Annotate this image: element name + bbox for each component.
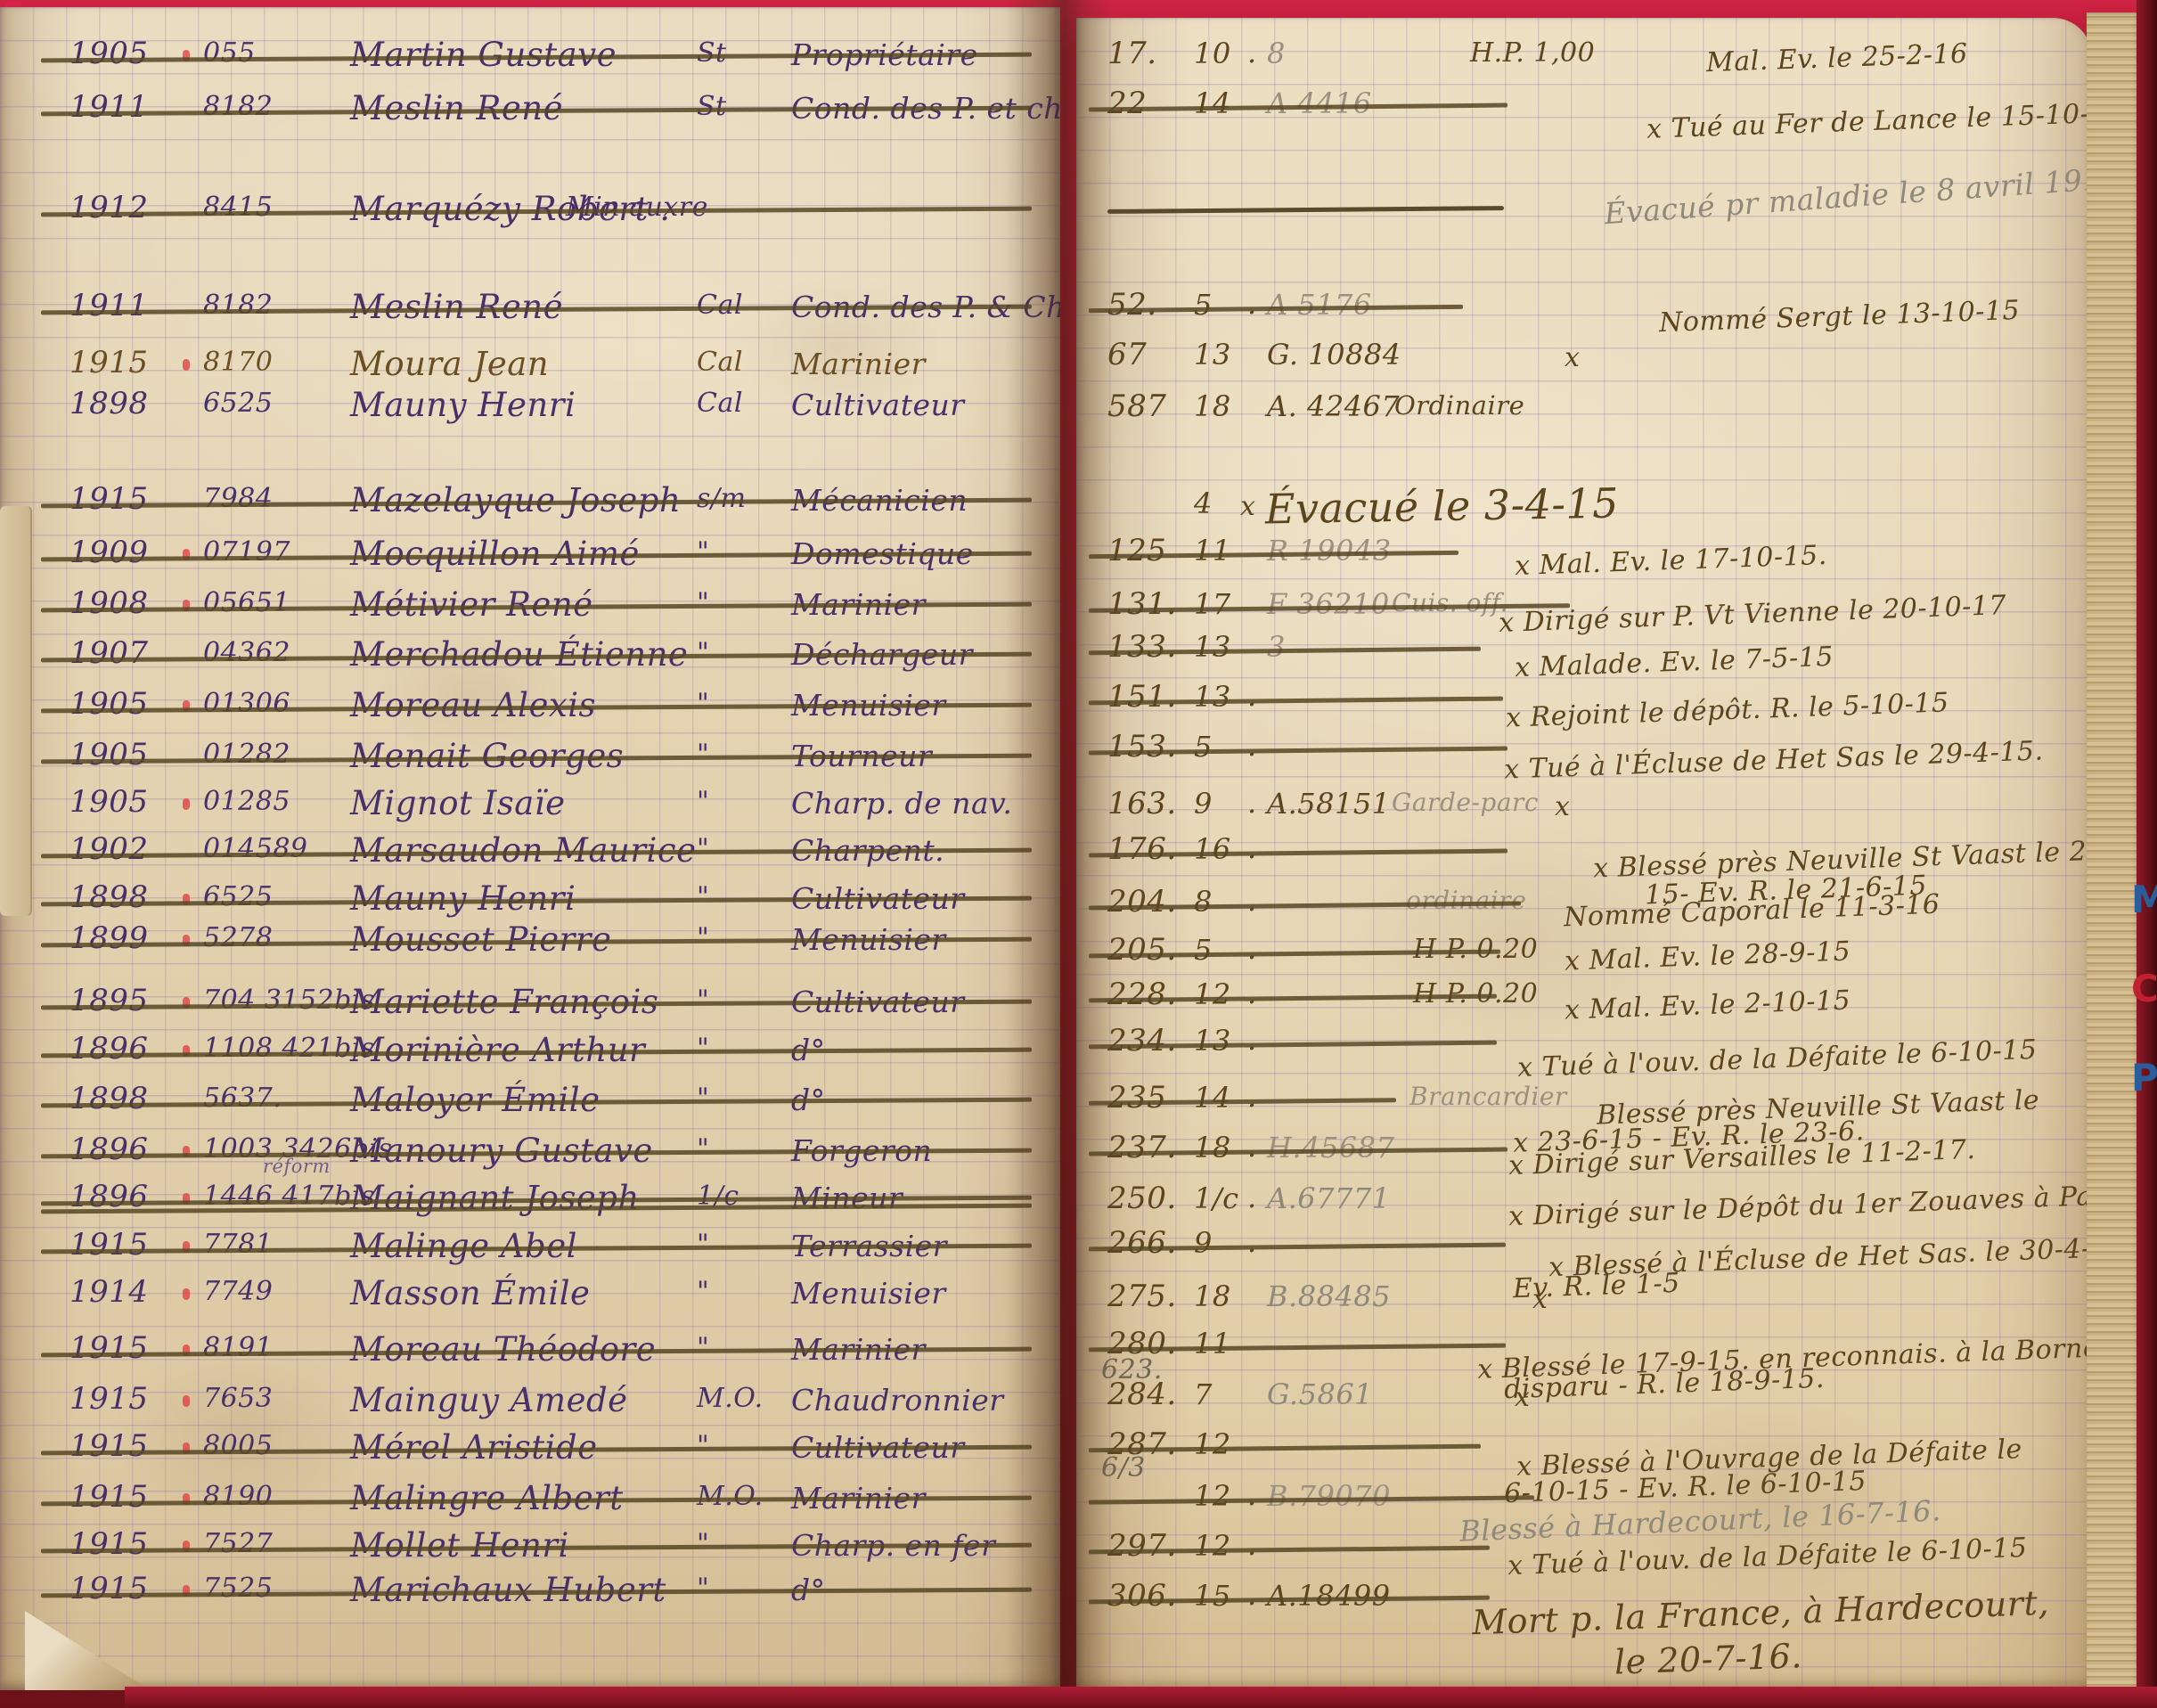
year-cell: 1907: [69, 635, 149, 671]
rank-cell: ": [697, 1430, 709, 1461]
register-row: 18961108 421bisMorinière Arthur"d°: [0, 1024, 1056, 1077]
name-cell: Mainguy Amedé: [350, 1381, 628, 1419]
dot-mark: .: [1247, 1130, 1257, 1164]
dot-mark: .: [1247, 36, 1257, 69]
matricule-cell: 6525: [203, 881, 273, 912]
register-row: 19118182Meslin RenéStCond. des P. et ch: [0, 82, 1056, 135]
rank-cell: M.O.: [697, 1481, 764, 1512]
annotation-evacuated: Évacué le 3-4-15: [1265, 479, 1620, 534]
register-row: 18995278Mousset Pierre"Menuisier: [0, 913, 1056, 967]
rank-cell: ": [697, 1033, 709, 1064]
rank-cell: ": [697, 587, 709, 618]
matricule-cell: 8191: [203, 1332, 273, 1363]
register-row: 19158005Mérel Aristide"Cultivateur: [0, 1421, 1056, 1475]
secondary-number-cell: 17: [1194, 587, 1231, 621]
entry-number-cell: 297.: [1107, 1528, 1177, 1564]
cover-spine-edge: [2137, 0, 2157, 1708]
rank-cell: ": [697, 881, 709, 912]
year-cell: 1915: [69, 1381, 149, 1417]
name-cell: Mignot Isaïe: [350, 784, 566, 822]
matricule-cell: 8190: [203, 1481, 273, 1512]
year-cell: 1915: [69, 1571, 149, 1606]
rank-cell: St: [697, 37, 727, 69]
entry-number-cell: 284.: [1107, 1377, 1177, 1412]
register-row: 190501306Moreau Alexis"Menuisier: [0, 679, 1056, 732]
register-row: 19157781Malinge Abel"Terrassier: [0, 1220, 1056, 1273]
year-cell: 1915: [69, 345, 149, 380]
matricule-cell: 014589: [203, 833, 308, 864]
register-row: 18961003 3426bisManoury Gustave"Forgeron: [0, 1124, 1056, 1178]
profession-cell: Marinier: [791, 347, 926, 381]
year-cell: 1905: [69, 784, 149, 820]
register-row: 1902014589Marsaudon Maurice"Charpent.: [0, 824, 1056, 878]
secondary-number-cell: 12: [1194, 977, 1231, 1011]
rank-cell: s/m: [697, 483, 746, 514]
pay-label: H.P. 1,00: [1470, 37, 1595, 69]
rank-cell: Cal: [697, 347, 743, 378]
dot-mark: .: [1247, 1578, 1257, 1612]
secondary-number-cell: 5: [1194, 730, 1213, 764]
secondary-number-cell: 13: [1194, 630, 1231, 664]
year-cell: 1899: [69, 920, 149, 956]
matricule-cell: 7749: [203, 1276, 273, 1307]
rank-cell: ": [697, 1332, 709, 1363]
entry-number-cell: 235: [1107, 1080, 1166, 1116]
secondary-number-cell: 5: [1194, 288, 1213, 322]
matricule-cell: 01285: [203, 786, 290, 817]
regiment-code-faint: A 4416: [1267, 86, 1372, 120]
matricule-cell: 01306: [203, 688, 290, 719]
matricule-cell: 5278: [203, 922, 273, 953]
rank-cell: ": [697, 1083, 709, 1114]
entry-number-cell: 125: [1107, 533, 1166, 568]
matricule-cell: 8005: [203, 1430, 273, 1461]
matricule-cell: 01282: [203, 739, 290, 770]
left-page: 1905055Martin GustaveStPropriétaire19118…: [0, 7, 1060, 1690]
year-cell: 1898: [69, 386, 149, 421]
margin-note-reform: réform: [263, 1156, 331, 1177]
red-check-dot: [183, 359, 190, 371]
matricule-cell: 5637.: [203, 1083, 282, 1114]
matricule-cell: 7525: [203, 1573, 273, 1604]
rank-cell: ": [697, 1528, 709, 1559]
year-cell: 1905: [69, 36, 149, 71]
entry-number-cell: 205.: [1107, 932, 1177, 968]
dot-mark: .: [1247, 977, 1257, 1010]
regiment-code-cell: G. 10884: [1267, 338, 1401, 372]
secondary-number-cell: 15: [1194, 1579, 1231, 1613]
matricule-cell: 8415: [203, 192, 273, 223]
year-cell: 1896: [69, 1132, 149, 1167]
year-cell: 1905: [69, 737, 149, 772]
matricule-cell: 7781: [203, 1229, 273, 1260]
regiment-code-cell: A. 42467: [1267, 389, 1400, 423]
entry-number-cell: 587: [1107, 388, 1166, 424]
red-check-dot: [183, 1288, 190, 1300]
profession-cell: Cultivateur: [791, 388, 965, 422]
rank-cell: ": [697, 1573, 709, 1604]
year-cell: 1915: [69, 1428, 149, 1464]
matricule-cell: 055: [203, 37, 256, 69]
dot-mark: .: [1247, 1478, 1257, 1512]
matricule-cell: 7984: [203, 483, 273, 514]
secondary-number-cell: 13: [1194, 680, 1231, 714]
register-row: 19147749Masson Émile"Menuisier: [0, 1267, 1056, 1320]
status-label: Ordinaire: [1394, 390, 1524, 421]
matricule-cell: 7527: [203, 1528, 273, 1559]
overwritten-number: 6/3: [1101, 1452, 1146, 1483]
secondary-number-cell: 16: [1194, 832, 1231, 866]
dot-mark: .: [1247, 884, 1257, 918]
name-cell: Mauny Henri: [350, 386, 576, 424]
matricule-cell: 704 3152bis: [203, 985, 375, 1016]
name-cell: Moura Jean: [350, 345, 549, 383]
dot-mark: .: [1247, 1181, 1257, 1214]
dot-mark: .: [1247, 287, 1257, 321]
rank-cell: Cal: [697, 290, 743, 321]
regiment-code-faint: H.45687: [1267, 1131, 1394, 1165]
name-cell: Masson Émile: [350, 1274, 590, 1312]
matricule-cell: 05651: [203, 587, 290, 618]
secondary-number-cell: 13: [1194, 1024, 1231, 1058]
rank-cell: ": [697, 1229, 709, 1260]
secondary-number-cell: 8: [1194, 885, 1213, 919]
secondary-number-cell: 14: [1194, 1081, 1231, 1115]
alphabet-tab-letter: M: [2131, 878, 2157, 921]
matricule-cell: 07197: [203, 536, 290, 568]
dot-mark: .: [1247, 786, 1257, 820]
rank-cell: Min auxre: [566, 192, 708, 223]
year-cell: 1915: [69, 1526, 149, 1562]
alphabet-tab-letter: C: [2131, 967, 2157, 1010]
rank-cell: ": [697, 739, 709, 770]
dot-mark: .: [1247, 1225, 1257, 1259]
dot-mark: .: [1247, 729, 1257, 763]
regiment-code-pencil: G.5861: [1267, 1377, 1373, 1411]
rank-cell: ": [697, 1276, 709, 1307]
year-cell: 1902: [69, 831, 149, 867]
entry-number-cell: 67: [1107, 337, 1147, 372]
entry-number-cell: 153.: [1107, 729, 1177, 764]
entry-number-cell: 163.: [1107, 786, 1177, 821]
matricule-cell: 6525: [203, 388, 273, 419]
year-cell: 1915: [69, 481, 149, 517]
x-mark: x: [1240, 491, 1255, 522]
dot-mark: .: [1247, 932, 1257, 966]
x-mark: x: [1555, 791, 1570, 822]
entry-number-cell: 176.: [1107, 831, 1177, 867]
matricule-cell: 7653: [203, 1383, 273, 1414]
notebook-spread: 1905055Martin GustaveStPropriétaire19118…: [0, 0, 2157, 1708]
regiment-code-cell: A.58151: [1267, 787, 1391, 821]
register-row: 19157653Mainguy AmedéM.O.Chaudronnier: [0, 1374, 1056, 1427]
register-row: 18961446 417bisMaignant Joseph1/cMineurr…: [0, 1172, 1056, 1225]
rank-cell: M.O.: [697, 1383, 764, 1414]
year-cell: 1915: [69, 1227, 149, 1263]
regiment-code-cell: A.18499: [1267, 1579, 1391, 1613]
year-cell: 1911: [69, 288, 149, 323]
dot-mark: .: [1247, 679, 1257, 713]
status-label-faint: Cuis. off.: [1392, 588, 1508, 617]
register-row: 18985637.Maloyer Émile"d°: [0, 1074, 1056, 1127]
secondary-number-cell: 18: [1194, 1279, 1231, 1313]
dot-mark: .: [1247, 1023, 1257, 1057]
secondary-number-cell: 18: [1194, 1131, 1231, 1165]
entry-number-cell: 133.: [1107, 629, 1177, 665]
entry-number-cell: 131.: [1107, 586, 1177, 622]
cover-bottom-edge: [125, 1687, 2157, 1708]
rank-cell: ": [697, 1133, 709, 1165]
rank-cell: ": [697, 536, 709, 568]
entry-number-cell: 22: [1107, 86, 1147, 121]
regiment-code-faint: B.79070: [1267, 1479, 1391, 1513]
status-label-faint: Garde-parc: [1392, 788, 1539, 817]
red-check-dot: [183, 798, 190, 810]
year-cell: 1915: [69, 1330, 149, 1366]
register-row: 19157525Marichaux Hubert"d°: [0, 1564, 1056, 1617]
x-mark: x: [1515, 1382, 1530, 1413]
regiment-code-pencil: A.67771: [1267, 1181, 1391, 1215]
entry-number-cell: 17.: [1107, 36, 1157, 71]
secondary-number-cell: 7: [1194, 1377, 1213, 1411]
register-row: 19157984Mazelayque Josephs/mMécanicien: [0, 474, 1056, 527]
matricule-cell: 8170: [203, 347, 273, 378]
matricule-cell: 8182: [203, 290, 273, 321]
dot-mark: .: [1247, 1080, 1257, 1114]
secondary-number-cell: 13: [1194, 338, 1231, 372]
year-cell: 1914: [69, 1274, 149, 1310]
entry-number-cell: 151.: [1107, 679, 1177, 715]
register-row: 190501285Mignot Isaïe"Charp. de nav.: [0, 777, 1056, 830]
rank-cell: Cal: [697, 388, 743, 419]
year-cell: 1896: [69, 1031, 149, 1066]
year-cell: 1915: [69, 1479, 149, 1515]
rank-cell: ": [697, 922, 709, 953]
secondary-number-cell: 11: [1194, 534, 1231, 568]
rank-cell: ": [697, 985, 709, 1016]
entry-number-cell: 237.: [1107, 1130, 1177, 1165]
rank-cell: ": [697, 637, 709, 668]
red-check-dot: [183, 1395, 190, 1407]
year-cell: 1909: [69, 535, 149, 570]
secondary-number-cell: 12: [1194, 1529, 1231, 1563]
secondary-number-cell: 4: [1194, 486, 1213, 520]
register-row: 19118182Meslin RenéCalCond. des P. & Ch.: [0, 281, 1056, 334]
year-cell: 1905: [69, 686, 149, 722]
annotation-line-2: le 20-7-16.: [1614, 1636, 1802, 1681]
register-row: 19158190Malingre AlbertM.O.Marinier: [0, 1472, 1056, 1525]
regiment-code-pencil: B.88485: [1267, 1279, 1391, 1313]
register-row: 1905055Martin GustaveStPropriétaire: [0, 29, 1056, 82]
year-cell: 1911: [69, 89, 149, 125]
regiment-code-faint: 3: [1267, 630, 1286, 664]
page-block-fore-edge: [2087, 12, 2142, 1695]
rank-cell: ": [697, 688, 709, 719]
secondary-number-cell: 5: [1194, 933, 1213, 967]
matricule-cell: 04362: [203, 637, 290, 668]
entry-number-cell: 234.: [1107, 1023, 1177, 1058]
regiment-code-faint: A 5176: [1267, 288, 1372, 322]
register-row: 19128415Marquézy Robert .Min auxre: [0, 183, 1056, 236]
register-row: 190704362Merchadou Étienne"Déchargeur: [0, 628, 1056, 682]
entry-number-cell: 228.: [1107, 977, 1177, 1012]
profession-cell: Charp. de nav.: [791, 786, 1012, 821]
secondary-number-cell: 18: [1194, 389, 1231, 423]
entry-number-cell: 306.: [1107, 1578, 1177, 1614]
rank-cell: ": [697, 833, 709, 864]
rank-cell: ": [697, 786, 709, 817]
year-cell: 1908: [69, 585, 149, 621]
status-label-faint: Brancardier: [1409, 1082, 1567, 1111]
matricule-cell: 1108 421bis: [203, 1033, 375, 1064]
secondary-number-cell: 10: [1194, 37, 1231, 70]
entry-number-cell: 204.: [1107, 884, 1177, 919]
profession-cell: Menuisier: [791, 1276, 946, 1311]
regiment-code-faint: F 36210: [1267, 587, 1390, 621]
alphabet-tab-letter: P: [2131, 1056, 2157, 1099]
secondary-number-cell: 11: [1194, 1327, 1231, 1361]
register-row: 19158191Moreau Théodore"Marinier: [0, 1323, 1056, 1377]
entry-number-cell: 52.: [1107, 287, 1157, 323]
register-row: 190907197Mocquillon Aimé"Domestique: [0, 527, 1056, 581]
secondary-number-cell: 9: [1194, 787, 1213, 821]
year-cell: 1898: [69, 879, 149, 915]
year-cell: 1912: [69, 190, 149, 225]
matricule-cell: 8182: [203, 91, 273, 122]
year-cell: 1898: [69, 1081, 149, 1116]
dot-mark: .: [1247, 831, 1257, 865]
x-mark: x: [1565, 342, 1580, 373]
entry-number-cell: 250.: [1107, 1181, 1177, 1216]
secondary-number-cell: 14: [1194, 86, 1231, 120]
register-row: 18986525Mauny HenriCalCultivateur: [0, 379, 1056, 432]
register-row: 190805651Métivier René"Marinier: [0, 578, 1056, 632]
register-row: 190501282Menait Georges"Tourneur: [0, 730, 1056, 783]
year-cell: 1895: [69, 983, 149, 1018]
regiment-code-faint: 8: [1267, 37, 1286, 70]
dot-mark: .: [1247, 1528, 1257, 1562]
entry-number-cell: 275.: [1107, 1279, 1177, 1314]
entry-number-cell: 266.: [1107, 1225, 1177, 1261]
secondary-number-cell: 9: [1194, 1226, 1213, 1260]
x-mark: x: [1532, 1284, 1548, 1315]
status-label-faint: ordinaire: [1406, 886, 1526, 915]
secondary-number-cell: 12: [1194, 1427, 1231, 1461]
rank-cell: St: [697, 91, 727, 122]
profession-cell: Chaudronnier: [791, 1383, 1004, 1418]
secondary-number-cell: 12: [1194, 1479, 1231, 1513]
register-row: 1895704 3152bisMariette François"Cultiva…: [0, 976, 1056, 1029]
secondary-number-cell: 1/c: [1194, 1181, 1239, 1215]
